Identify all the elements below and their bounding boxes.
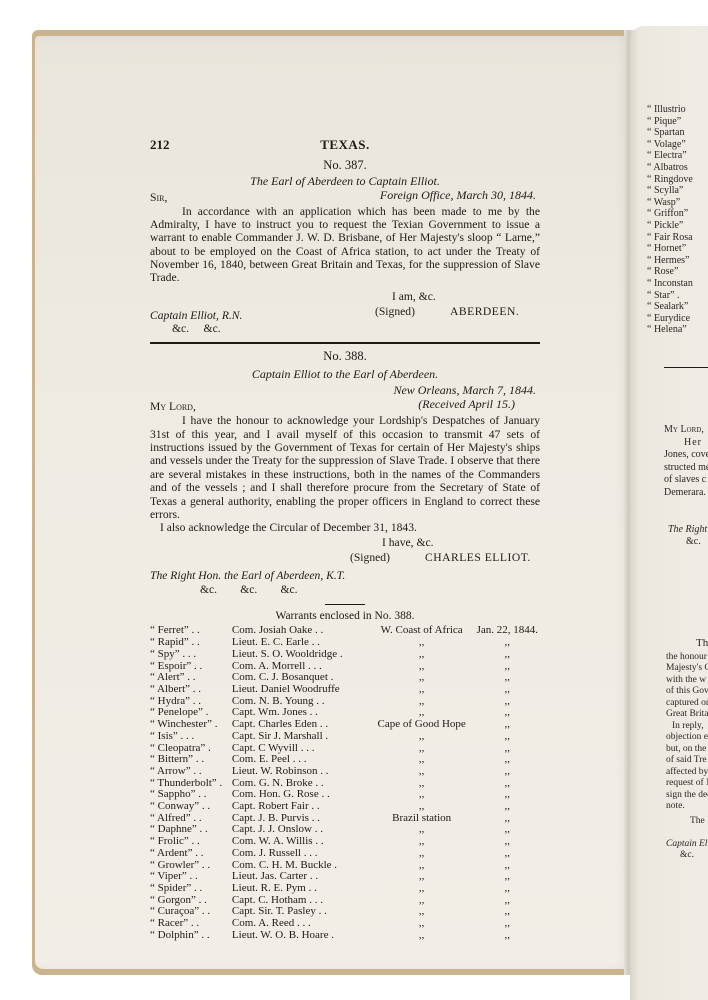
table-row: “ Hydra” . .Com. N. B. Young . .,,,, — [150, 696, 538, 708]
commander-name: Capt. Robert Fair . . — [232, 801, 367, 813]
text-line: “ Volage” — [647, 139, 708, 151]
table-row: “ Espoir” . .Com. A. Morrell . . .,,,, — [150, 661, 538, 673]
ship-name: “ Spider” . . — [150, 883, 232, 895]
table-row: “ Dolphin” . .Lieut. W. O. B. Hoare .,,,… — [150, 930, 538, 942]
document-title: The Earl of Aberdeen to Captain Elliot. — [150, 174, 540, 188]
commander-name: Lieut. W. Robinson . . — [232, 766, 367, 778]
addressee: The Right Hon. the Earl of Aberdeen, K.T… — [150, 569, 540, 583]
text-line: with the w — [666, 675, 708, 687]
text-line: My Lord, — [664, 424, 708, 437]
table-row: “ Arrow” . .Lieut. W. Robinson . .,,,, — [150, 766, 538, 778]
station: ,, — [367, 766, 477, 778]
salutation: Sir, — [150, 191, 167, 205]
short-divider — [325, 604, 365, 605]
table-row: “ Growler” . .Com. C. H. M. Buckle .,,,, — [150, 860, 538, 872]
text-line — [666, 827, 708, 839]
table-row: “ Ardent” . .Com. J. Russell . . .,,,, — [150, 848, 538, 860]
table-row: “ Spy” . . .Lieut. S. O. Wooldridge .,,,… — [150, 649, 538, 661]
warrant-date: ,, — [477, 930, 538, 942]
warrant-date: ,, — [477, 848, 538, 860]
letter-body: I have the honour to acknowledge your Lo… — [150, 414, 540, 521]
table-row: “ Conway” . .Capt. Robert Fair . .,,,, — [150, 801, 538, 813]
table-row: “ Racer” . .Com. A. Reed . . .,,,, — [150, 918, 538, 930]
document-387: No. 387. The Earl of Aberdeen to Captain… — [150, 158, 540, 336]
text-line: “ Pickle” — [647, 220, 708, 232]
commander-name: Capt. Sir J. Marshall . — [232, 731, 367, 743]
text-line: objection e — [666, 732, 708, 744]
addressee-etc: &c. &c. — [150, 322, 540, 336]
document-number: No. 388. — [150, 349, 540, 363]
closing: I am, &c. — [392, 290, 436, 304]
station: ,, — [367, 918, 477, 930]
signature: ABERDEEN. — [450, 305, 519, 319]
right-page-divider — [664, 367, 708, 368]
station: ,, — [367, 883, 477, 895]
table-row: “ Ferret” . .Com. Josiah Oake . .W. Coas… — [150, 625, 538, 637]
warrant-date: ,, — [477, 649, 538, 661]
signed-label: (Signed) — [350, 551, 390, 565]
right-page-ship-list: “ Illustrio“ Pique”“ Spartan“ Volage”“ E… — [647, 104, 708, 336]
left-page-content: No. 387. The Earl of Aberdeen to Captain… — [150, 158, 540, 941]
text-line: The — [666, 816, 708, 828]
table-row: “ Curaçoa” . .Capt. Sir. T. Pasley . .,,… — [150, 906, 538, 918]
page-header: 212 TEXAS. — [150, 137, 540, 153]
text-line: “ Scylla” — [647, 185, 708, 197]
ship-name: “ Albert” . . — [150, 684, 232, 696]
document-title: Captain Elliot to the Earl of Aberdeen. — [150, 367, 540, 381]
text-line: captured on — [666, 698, 708, 710]
table-row: “ Spider” . .Lieut. R. E. Pym . .,,,, — [150, 883, 538, 895]
text-line: “ Rose” — [647, 266, 708, 278]
commander-name: Lieut. W. O. B. Hoare . — [232, 930, 367, 942]
text-line: the honour — [666, 652, 708, 664]
table-row: “ Frolic” . .Com. W. A. Willis . .,,,, — [150, 836, 538, 848]
text-line: “ Griffon” — [647, 208, 708, 220]
warrant-date: ,, — [477, 766, 538, 778]
warrants-section: Warrants enclosed in No. 388. “ Ferret” … — [150, 609, 540, 941]
table-row: “ Alert” . .Com. C. J. Bosanquet .,,,, — [150, 672, 538, 684]
document-388: No. 388. Captain Elliot to the Earl of A… — [150, 349, 540, 597]
letter-body: In accordance with an application which … — [150, 205, 540, 284]
text-line: “ Eurydice — [647, 313, 708, 325]
document-number: No. 387. — [150, 158, 540, 172]
text-line: In reply, — [666, 721, 708, 733]
commander-name: Lieut. Daniel Woodruffe — [232, 684, 367, 696]
station: ,, — [367, 684, 477, 696]
signature: CHARLES ELLIOT. — [425, 551, 531, 565]
text-line: “ Star” . — [647, 290, 708, 302]
section-divider — [150, 342, 540, 344]
ship-name: “ Isis” . . . — [150, 731, 232, 743]
commander-name: Com. J. Russell . . . — [232, 848, 367, 860]
text-line: “ Hermes” — [647, 255, 708, 267]
commander-name: Lieut. R. E. Pym . . — [232, 883, 367, 895]
warrants-table: “ Ferret” . .Com. Josiah Oake . .W. Coas… — [150, 625, 538, 941]
table-row: “ Albert” . .Lieut. Daniel Woodruffe,,,, — [150, 684, 538, 696]
text-line: Majesty's C — [666, 663, 708, 675]
place-date: Foreign Office, March 30, 1844. — [380, 188, 536, 202]
text-line: “ Pique” — [647, 116, 708, 128]
warrant-date: ,, — [477, 883, 538, 895]
text-line: of slaves c — [664, 474, 708, 487]
closing: I have, &c. — [382, 536, 434, 550]
right-page-letter: My Lord,HerJones, covestructed meof slav… — [664, 424, 708, 499]
running-title: TEXAS. — [150, 137, 540, 153]
addressee: Captain Elliot, R.N. — [150, 309, 242, 323]
text-line: note. — [666, 801, 708, 813]
text-line: Jones, cove — [664, 449, 708, 462]
text-line: The Right — [668, 524, 708, 536]
table-row: “ Bittern” . .Com. E. Peel . . .,,,, — [150, 754, 538, 766]
place-date: New Orleans, March 7, 1844. — [150, 383, 540, 397]
warrant-date: ,, — [477, 731, 538, 743]
received-date: (Received April 15.) — [418, 397, 515, 411]
text-line: Great Brita — [666, 709, 708, 721]
right-page-reply: Ththe honourMajesty's Cwith the wof this… — [666, 638, 708, 862]
text-line: but, on the — [666, 744, 708, 756]
text-line: “ Ringdove — [647, 174, 708, 186]
commander-name: Lieut. S. O. Wooldridge . — [232, 649, 367, 661]
table-row: “ Cleopatra” .Capt. C Wyvill . . .,,,, — [150, 743, 538, 755]
table-row: “ Thunderbolt” .Com. G. N. Broke . .,,,, — [150, 778, 538, 790]
text-line: Demerara. — [664, 487, 708, 500]
text-line: “ Illustrio — [647, 104, 708, 116]
text-line: of said Tre — [666, 755, 708, 767]
ship-name: “ Conway” . . — [150, 801, 232, 813]
table-row: “ Alfred” . .Capt. J. B. Purvis . .Brazi… — [150, 813, 538, 825]
letter-body-2: I also acknowledge the Circular of Decem… — [150, 521, 540, 535]
text-line: “ Electra” — [647, 150, 708, 162]
station: ,, — [367, 801, 477, 813]
warrant-date: ,, — [477, 918, 538, 930]
table-row: “ Winchester” .Capt. Charles Eden . .Cap… — [150, 719, 538, 731]
table-row: “ Rapid” . .Lieut. E. C. Earle . .,,,, — [150, 637, 538, 649]
salutation: My Lord, — [150, 400, 196, 414]
text-line: “ Wasp” — [647, 197, 708, 209]
text-line: “ Sealark” — [647, 301, 708, 313]
text-line: &c. — [666, 850, 708, 862]
station: ,, — [367, 649, 477, 661]
signed-label: (Signed) — [375, 305, 415, 319]
warrants-heading: Warrants enclosed in No. 388. — [150, 609, 540, 623]
ship-name: “ Ardent” . . — [150, 848, 232, 860]
table-row: “ Daphne” . .Capt. J. J. Onslow . .,,,, — [150, 824, 538, 836]
right-page-signature: The Right&c. — [668, 524, 708, 548]
text-line: “ Spartan — [647, 127, 708, 139]
ship-name: “ Spy” . . . — [150, 649, 232, 661]
text-line: request of N — [666, 778, 708, 790]
text-line: Captain El — [666, 839, 708, 851]
addressee-etc: &c. &c. &c. — [150, 583, 540, 597]
text-line: Th — [666, 638, 708, 650]
ship-name: “ Dolphin” . . — [150, 930, 232, 942]
text-line: affected by t — [666, 767, 708, 779]
table-row: “ Viper” . .Lieut. Jas. Carter . .,,,, — [150, 871, 538, 883]
text-line: Her — [664, 437, 708, 450]
table-row: “ Isis” . . .Capt. Sir J. Marshall .,,,, — [150, 731, 538, 743]
text-line: “ Fair Rosa — [647, 232, 708, 244]
ship-name: “ Arrow” . . — [150, 766, 232, 778]
text-line: structed me — [664, 462, 708, 475]
warrant-date: ,, — [477, 801, 538, 813]
ship-name: “ Racer” . . — [150, 918, 232, 930]
commander-name: Com. A. Reed . . . — [232, 918, 367, 930]
warrant-date: ,, — [477, 684, 538, 696]
text-line: “ Helena” — [647, 324, 708, 336]
station: ,, — [367, 848, 477, 860]
text-line: &c. — [668, 536, 708, 548]
station: ,, — [367, 930, 477, 942]
text-line: sign the dec — [666, 790, 708, 802]
station: ,, — [367, 731, 477, 743]
text-line: “ Albatros — [647, 162, 708, 174]
text-line: of this Gov — [666, 686, 708, 698]
text-line: “ Hornet” — [647, 243, 708, 255]
text-line: “ Inconstan — [647, 278, 708, 290]
